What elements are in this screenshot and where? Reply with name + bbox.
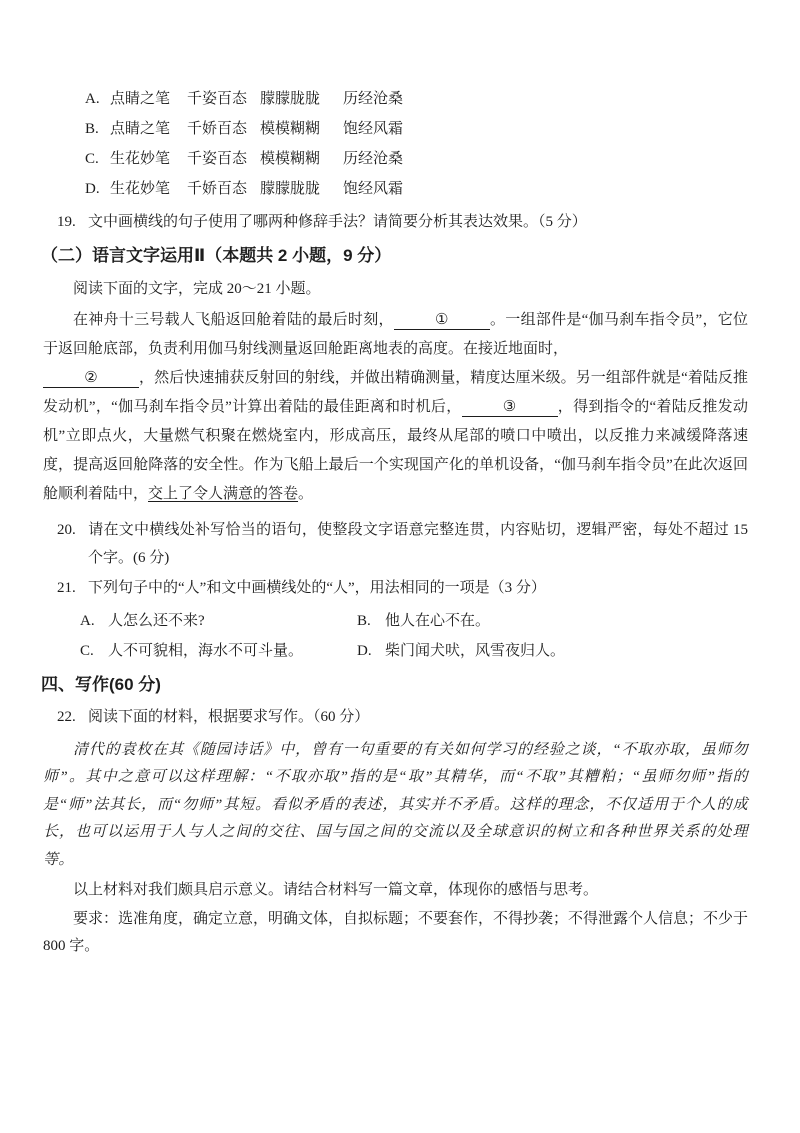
passage-text: 在神舟十三号载人飞船返回舱着陆的最后时刻， [73, 312, 394, 328]
idiom: 千娇百态 [187, 174, 260, 204]
writing-requirements: 要求：选准角度，确定立意，明确文体，自拟标题；不要套作，不得抄袭；不得泄露个人信… [43, 906, 748, 961]
question-21: 21.下列句子中的“人”和文中画横线处的“人”，用法相同的一项是（3 分） [88, 574, 748, 602]
passage-text: 。 [298, 486, 313, 502]
section-4-heading: 四、写作(60 分) [41, 673, 748, 697]
q21-option-d: D.柴门闻犬吠，风雪夜归人。 [357, 636, 748, 666]
option-label: A. [85, 84, 110, 114]
reading-intro: 阅读下面的文字，完成 20～21 小题。 [43, 276, 748, 302]
material-significance: 以上材料对我们颇具启示意义。请结合材料写一篇文章，体现你的感悟与思考。 [43, 877, 748, 905]
fill-in-blank-2: ② [43, 369, 139, 388]
question-text: 请在文中横线处补写恰当的语句，使整段文字语意完整连贯，内容贴切，逻辑严密，每处不… [88, 522, 748, 566]
q21-options-block: A.人怎么还不来? B.他人在心不在。 C.人不可貌相，海水不可斗量。 D.柴门… [80, 606, 748, 666]
underlined-phrase: 交上了令人满意的答卷 [148, 486, 298, 502]
question-19: 19.文中画横线的句子使用了哪两种修辞手法？请简要分析其表达效果。（5 分） [88, 208, 748, 236]
q18-option-row-a: A. 点睛之笔 千姿百态 朦朦胧胧 历经沧桑 [85, 84, 748, 114]
idiom: 点睛之笔 [110, 114, 187, 144]
option-label: D. [85, 174, 110, 204]
section-2-heading: （二）语言文字运用Ⅱ（本题共 2 小题，9 分） [41, 244, 748, 268]
option-text: 他人在心不在。 [385, 613, 490, 629]
circled-number-3: ③ [503, 399, 516, 415]
q18-option-row-d: D. 生花妙笔 千娇百态 朦朦胧胧 饱经风霜 [85, 174, 748, 204]
idiom: 千姿百态 [187, 144, 260, 174]
idiom: 朦朦胧胧 [260, 84, 343, 114]
idiom: 历经沧桑 [343, 84, 748, 114]
circled-number-1: ① [435, 312, 448, 328]
option-label: B. [85, 114, 110, 144]
q21-option-a: A.人怎么还不来? [80, 606, 357, 636]
option-label: C. [80, 636, 108, 666]
circled-number-2: ② [84, 370, 97, 386]
idiom: 饱经风霜 [343, 114, 748, 144]
option-text: 人不可貌相，海水不可斗量。 [108, 643, 303, 659]
fill-in-blank-3: ③ [462, 398, 558, 417]
question-number: 19. [57, 208, 88, 236]
writing-material: 清代的袁枚在其《随园诗话》中，曾有一句重要的有关如何学习的经验之谈，“不取亦取，… [43, 737, 748, 874]
q21-option-b: B.他人在心不在。 [357, 606, 748, 636]
exam-page: A. 点睛之笔 千姿百态 朦朦胧胧 历经沧桑 B. 点睛之笔 千娇百态 模模糊糊… [0, 0, 800, 1133]
idiom: 生花妙笔 [110, 174, 187, 204]
question-number: 20. [57, 516, 88, 544]
option-text: 柴门闻犬吠，风雪夜归人。 [385, 643, 565, 659]
idiom: 生花妙笔 [110, 144, 187, 174]
q18-options-block: A. 点睛之笔 千姿百态 朦朦胧胧 历经沧桑 B. 点睛之笔 千娇百态 模模糊糊… [85, 84, 748, 204]
q18-option-row-c: C. 生花妙笔 千姿百态 模模糊糊 历经沧桑 [85, 144, 748, 174]
option-label: C. [85, 144, 110, 174]
question-20: 20.请在文中横线处补写恰当的语句，使整段文字语意完整连贯，内容贴切，逻辑严密，… [88, 516, 748, 572]
idiom: 饱经风霜 [343, 174, 748, 204]
q21-option-c: C.人不可貌相，海水不可斗量。 [80, 636, 357, 666]
q18-option-row-b: B. 点睛之笔 千娇百态 模模糊糊 饱经风霜 [85, 114, 748, 144]
question-text: 文中画横线的句子使用了哪两种修辞手法？请简要分析其表达效果。（5 分） [88, 214, 587, 230]
question-22: 22.阅读下面的材料，根据要求写作。（60 分） [88, 703, 748, 731]
option-label: A. [80, 606, 108, 636]
question-text: 下列句子中的“人”和文中画横线处的“人”，用法相同的一项是（3 分） [88, 580, 546, 596]
idiom: 历经沧桑 [343, 144, 748, 174]
idiom: 点睛之笔 [110, 84, 187, 114]
option-label: D. [357, 636, 385, 666]
idiom: 模模糊糊 [260, 114, 343, 144]
idiom: 千娇百态 [187, 114, 260, 144]
idiom: 模模糊糊 [260, 144, 343, 174]
option-label: B. [357, 606, 385, 636]
idiom: 朦朦胧胧 [260, 174, 343, 204]
question-text: 阅读下面的材料，根据要求写作。（60 分） [88, 709, 369, 725]
question-number: 22. [57, 703, 88, 731]
option-text: 人怎么还不来? [108, 613, 205, 629]
question-number: 21. [57, 574, 88, 602]
fill-in-blank-1: ① [394, 311, 490, 330]
idiom: 千姿百态 [187, 84, 260, 114]
passage: 在神舟十三号载人飞船返回舱着陆的最后时刻，①。一组部件是“伽马刹车指令员”，它位… [43, 306, 748, 509]
